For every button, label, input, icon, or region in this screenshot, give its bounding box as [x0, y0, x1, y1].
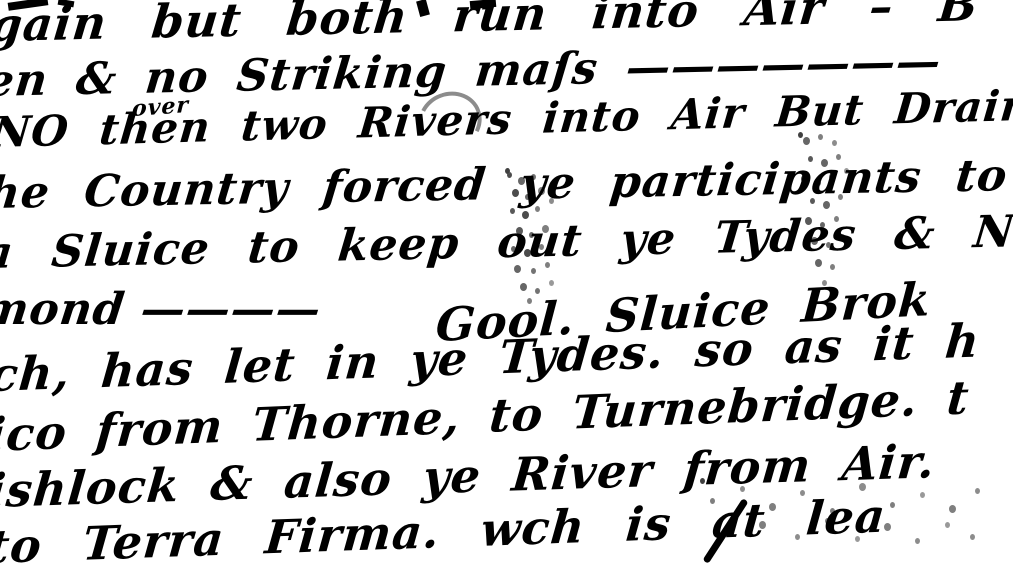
line-text: mond ————: [0, 286, 324, 334]
ink-stain: [505, 168, 510, 174]
line-text: a Sluice to keep out ye Tydes & Nav: [0, 207, 1013, 278]
manuscript-line-6-left: mond ————: [0, 286, 321, 334]
ink-stain: [798, 132, 803, 138]
manuscript-line-5: a Sluice to keep out ye Tydes & Nav: [0, 207, 1013, 278]
line-text: he Country forced ye participants to: [0, 152, 1010, 218]
manuscript-page: gain but both run into Air – B en & no S…: [0, 0, 1013, 587]
manuscript-line-4: he Country forced ye participants to: [0, 152, 1008, 218]
ink-stain: [700, 478, 705, 484]
